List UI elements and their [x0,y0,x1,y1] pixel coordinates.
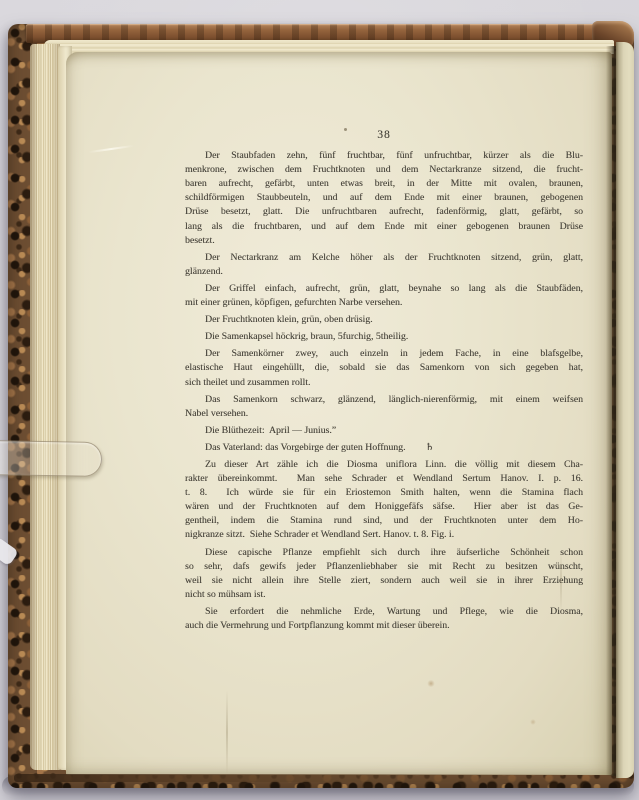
ink-speck [344,128,347,131]
text-line: Der Staubfaden zehn, fünf fruchtbar, fün… [185,149,583,163]
paragraph: Der Nectarkranz am Kelche höher als der … [185,251,583,279]
text-line: Diese capische Pflanze empfiehlt sich du… [185,546,583,560]
paragraph: Sie erfordert die nehmliche Erde, Wartun… [185,605,583,633]
text-line: mit einer grünen, köpfigen, gefurchten N… [185,296,583,310]
page-number: 38 [185,128,583,142]
page-holder-clip [0,440,102,477]
text-line: baren aufrecht, gefärbt, unten etwas bre… [185,177,583,191]
bottom-cover-edge [14,774,610,782]
text-line: t. 8. Ich würde sie für ein Eriostemon S… [185,486,583,500]
text-line: sich theilet und zusammen rollt. [185,376,583,390]
text-line: Der Nectarkranz am Kelche höher als der … [185,251,583,265]
foxing-spot [427,680,435,687]
paragraph: Diese capische Pflanze empfiehlt sich du… [185,546,583,602]
text-line: Der Griffel einfach, aufrecht, grün, gla… [185,282,583,296]
text-line: Das Vaterland: das Vorgebirge der guten … [185,441,583,455]
text-column: 38 Der Staubfaden zehn, fünf fruchtbar, … [185,128,583,636]
text-line: Drüse besetzt, glatt. Die unfruchtbaren … [185,205,583,219]
text-line: weil sie nicht allein ihre Stelle ziert,… [185,574,583,588]
text-block: Der Staubfaden zehn, fünf fruchtbar, fün… [185,149,583,633]
text-line: lang als die fruchtbaren, und auf dem En… [185,220,583,234]
text-line: so sehr, dafs gewifs jeder Pflanzenliebh… [185,560,583,574]
paragraph: Der Staubfaden zehn, fünf fruchtbar, fün… [185,149,583,248]
text-line: Der Fruchtknoten klein, grün, oben drüsi… [185,313,583,327]
text-line: Sie erfordert die nehmliche Erde, Wartun… [185,605,583,619]
text-line: Nabel versehen. [185,407,583,421]
text-line: elastische Haut eingehüllt, die, sobald … [185,361,583,375]
text-line: Die Blüthezeit: April — Junius.” [185,424,583,438]
text-line: nigkranze sitzt. Siehe Schrader et Wendl… [185,528,583,542]
text-line: wären und der Fruchtknoten auf dem Honig… [185,500,583,514]
fore-edge-page-stack [30,44,60,770]
text-line: rakter übereinkommt. Man sehe Schrader e… [185,472,583,486]
text-line: Zu dieser Art zähle ich die Diosma unifl… [185,458,583,472]
paper-crease [226,690,228,775]
book-scan-viewport: 38 Der Staubfaden zehn, fünf fruchtbar, … [0,0,639,800]
text-line: auch die Vermehrung und Fortpflanzung ko… [185,619,583,633]
text-line: Die Samenkapsel höckrig, braun, 5furchig… [185,330,583,344]
text-line: Der Samenkörner zwey, auch einzeln in je… [185,347,583,361]
foxing-spot [530,719,536,725]
text-line: schildförmigen Staubbeuteln, und auf dem… [185,191,583,205]
paragraph: Der Fruchtknoten klein, grün, oben drüsi… [185,313,583,327]
paragraph: Der Samenkörner zwey, auch einzeln in je… [185,347,583,389]
text-line: besetzt. [185,234,583,248]
text-line: Das Samenkorn schwarz, glänzend, länglic… [185,393,583,407]
facing-page-sliver [616,42,634,778]
paragraph: Das Samenkorn schwarz, glänzend, länglic… [185,393,583,421]
text-line: gentheil, indem die Stamina rund sind, u… [185,514,583,528]
paragraph: Die Samenkapsel höckrig, braun, 5furchig… [185,330,583,344]
paper-crease [560,552,562,612]
paragraph: Der Griffel einfach, aufrecht, grün, gla… [185,282,583,310]
paragraph: Die Blüthezeit: April — Junius.” [185,424,583,438]
paragraph: Das Vaterland: das Vorgebirge der guten … [185,441,583,455]
text-line: nicht so mühsam ist. [185,588,583,602]
text-line: menkrone, zwischen dem Fruchtknoten und … [185,163,583,177]
paragraph: Zu dieser Art zähle ich die Diosma unifl… [185,458,583,543]
text-line: glänzend. [185,265,583,279]
